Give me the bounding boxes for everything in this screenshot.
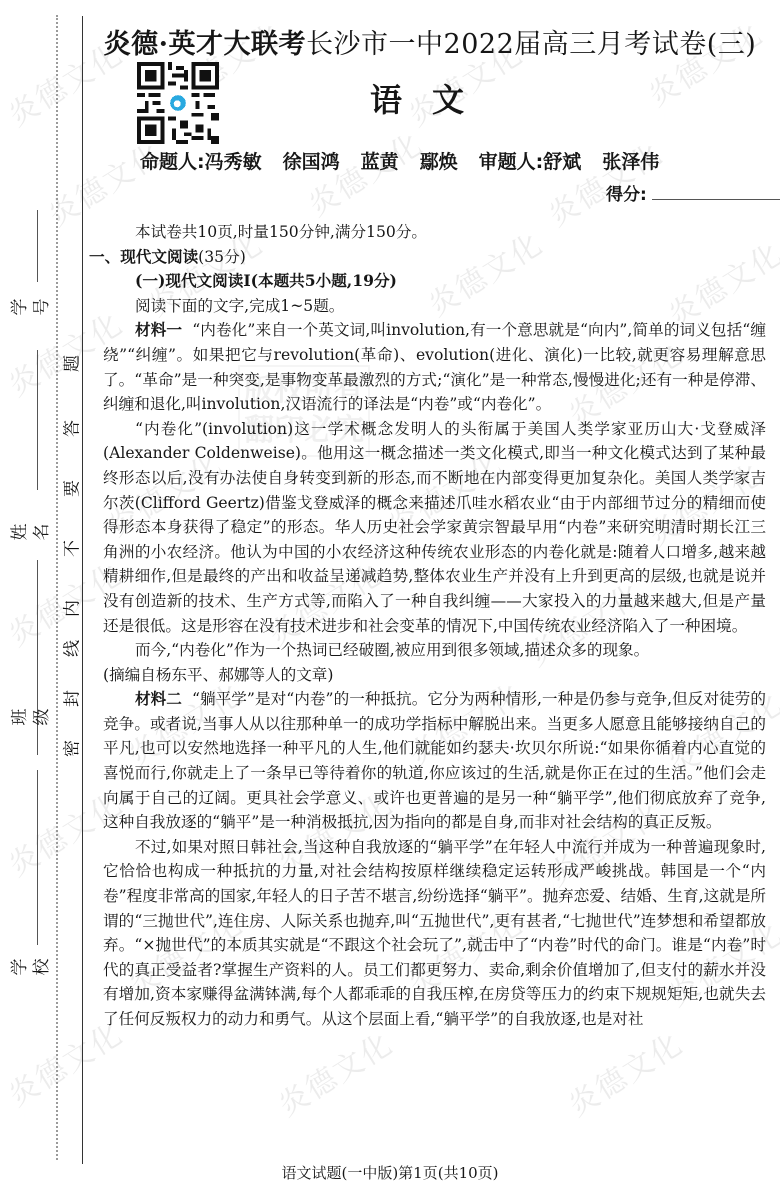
qr-code-icon[interactable] — [136, 62, 220, 144]
seal-char: 要 — [65, 480, 82, 498]
material-label: 材料一 — [135, 320, 182, 339]
author: 徐国鸿 — [283, 151, 340, 173]
student-id-line — [37, 210, 38, 282]
section-heading: 一、现代文阅读(35分) — [89, 245, 766, 270]
intro-text: 本试卷共10页,时量150分钟,满分150分。 — [103, 220, 766, 245]
watermark-text: 炎德文化 — [268, 1019, 400, 1124]
watermark-text: 炎德文化 — [558, 1019, 690, 1124]
class-label: 班级 — [21, 695, 41, 739]
page-footer: 语文试题(一中版)第1页(共10页) — [0, 1162, 780, 1183]
authors-line: 命题人:冯秀敏徐国鸿蓝黄鄢焕审题人:舒斌张泽伟 — [140, 147, 680, 174]
name-line — [37, 350, 38, 490]
material1-source: (摘编自杨东平、郝娜等人的文章) — [103, 663, 766, 688]
score-input-line[interactable] — [652, 199, 780, 200]
section-title: 一、现代文阅读 — [89, 247, 198, 266]
exam-name: 长沙市一中2022届高三月考试卷(三) — [306, 29, 756, 60]
school-label: 学校 — [21, 945, 41, 989]
author: 命题人:冯秀敏 — [140, 151, 262, 173]
material1-paragraph: 材料一 “内卷化”来自一个英文词,叫involution,有一个意思就是“向内”… — [103, 318, 766, 416]
score-label: 得分: — [606, 180, 647, 205]
student-id-label: 学号 — [21, 285, 41, 329]
name-label: 姓名 — [21, 510, 41, 554]
author: 蓝黄 — [361, 151, 399, 173]
exam-body: 本试卷共10页,时量150分钟,满分150分。 一、现代文阅读(35分) (一)… — [103, 220, 766, 1032]
seal-char: 答 — [65, 420, 82, 438]
material1-paragraph: “内卷化”(involution)这一学术概念发明人的头衔属于美国人类学家亚历山… — [103, 417, 766, 638]
exam-title: 炎德·英才大联考长沙市一中2022届高三月考试卷(三) — [95, 22, 765, 61]
seal-char: 封 — [65, 690, 82, 708]
material2-paragraph: 材料二 “躺平学”是对“内卷”的一种抵抗。它分为两种情形,一种是仍参与竞争,但反… — [103, 687, 766, 835]
reviewer: 审题人:舒斌 — [479, 151, 582, 173]
seal-char: 不 — [65, 540, 82, 558]
reviewer: 张泽伟 — [602, 151, 659, 173]
material2-paragraph: 不过,如果对照日韩社会,当这种自我放逐的“躺平学”在年轻人中流行并成为一种普遍现… — [103, 835, 766, 1032]
instruction-text: 阅读下面的文字,完成1~5题。 — [103, 294, 766, 319]
watermark-text: 炎德文化 — [538, 129, 670, 234]
paragraph-text: “内卷化”来自一个英文词,叫involution,有一个意思就是“向内”,简单的… — [103, 321, 766, 413]
subject-title: 语文 — [370, 75, 494, 121]
seal-char: 线 — [65, 640, 82, 658]
fold-dotted-line — [56, 15, 58, 1160]
author: 鄢焕 — [420, 151, 458, 173]
paragraph-text: “躺平学”是对“内卷”的一种抵抗。它分为两种情形,一种是仍参与竞争,但反对徒劳的… — [103, 690, 766, 831]
section-points: (35分) — [198, 248, 246, 266]
seal-char: 题 — [65, 355, 82, 373]
exam-series-name: 炎德·英才大联考 — [104, 29, 306, 60]
seal-char: 内 — [65, 600, 82, 618]
subsection-heading: (一)现代文阅读Ⅰ(本题共5小题,19分) — [103, 269, 766, 294]
seal-char: 密 — [65, 740, 82, 758]
material1-paragraph: 而今,“内卷化”作为一个热词已经破圈,被应用到很多领域,描述众多的现象。 — [103, 638, 766, 663]
material-label: 材料二 — [135, 689, 182, 708]
school-line — [37, 770, 38, 945]
seal-solid-line — [82, 16, 83, 1164]
